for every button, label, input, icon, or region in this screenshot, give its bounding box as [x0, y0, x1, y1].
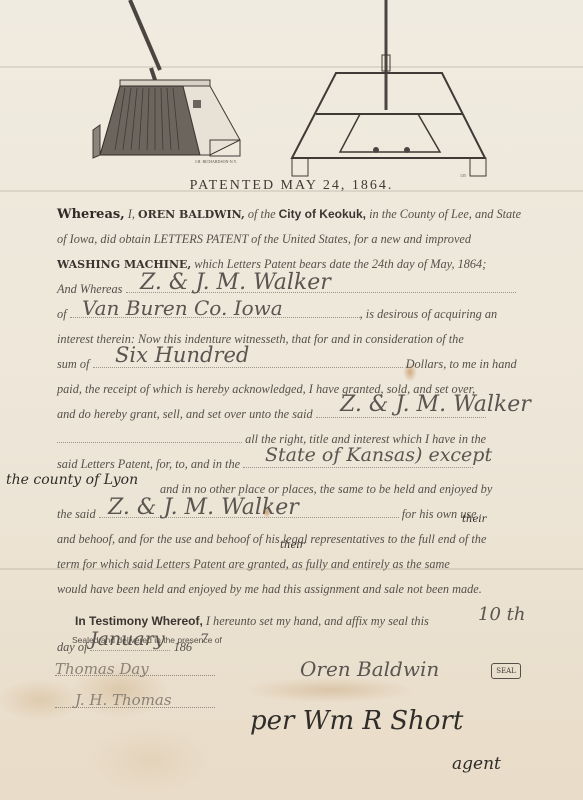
handwritten-assignee: Z. & J. M. Walker	[140, 270, 331, 295]
assignor-signature: Oren Baldwin	[300, 657, 439, 681]
handwritten-residence: Van Buren Co. Iowa	[82, 296, 283, 320]
text-line-2: of Iowa, did obtain LETTERS PATENT of th…	[57, 232, 527, 247]
handwritten-amount: Six Hundred	[115, 343, 249, 367]
text-line-1: Whereas, I, OREN BALDWIN, of the City of…	[57, 207, 527, 222]
handwritten-territory-exception: the county of Lyon	[6, 472, 138, 488]
agent-signature: per Wm R Short	[250, 706, 463, 736]
patent-date-caption: PATENTED MAY 24, 1864.	[0, 178, 583, 194]
handwritten-their-2: their	[280, 540, 304, 551]
seal-mark: SEAL	[491, 663, 521, 679]
witness-signature-2: J. H. Thomas	[75, 691, 172, 709]
testimony-line: In Testimony Whereof, I hereunto set my …	[75, 614, 545, 629]
patent-assignment-document: J.H. RICHARDSON-N.Y. 135 PATENTED MAY 24…	[0, 0, 583, 800]
handwritten-day: 10 th	[478, 604, 525, 625]
patentee-name: OREN BALDWIN,	[138, 208, 245, 221]
washing-machine-exterior-icon: J.H. RICHARDSON-N.Y.	[85, 0, 245, 180]
witness-signature-1: Thomas Day	[55, 660, 149, 678]
handwritten-assignee-2: Z. & J. M. Walker	[340, 392, 531, 417]
svg-text:J.H. RICHARDSON-N.Y.: J.H. RICHARDSON-N.Y.	[195, 159, 237, 164]
text-line-16: would have been held and enjoyed by me h…	[57, 582, 527, 597]
sealed-delivered-label: Sealed and delivered in the presence of	[72, 635, 222, 645]
washing-machine-diagram-icon: 135	[290, 0, 500, 180]
text-line-15: term for which said Letters Patent are g…	[57, 557, 527, 572]
handwritten-their-1: their	[462, 514, 486, 525]
agent-label: agent	[452, 754, 501, 774]
handwritten-assignee-3: Z. & J. M. Walker	[108, 495, 299, 520]
handwritten-territory: State of Kansas) except	[265, 444, 492, 466]
